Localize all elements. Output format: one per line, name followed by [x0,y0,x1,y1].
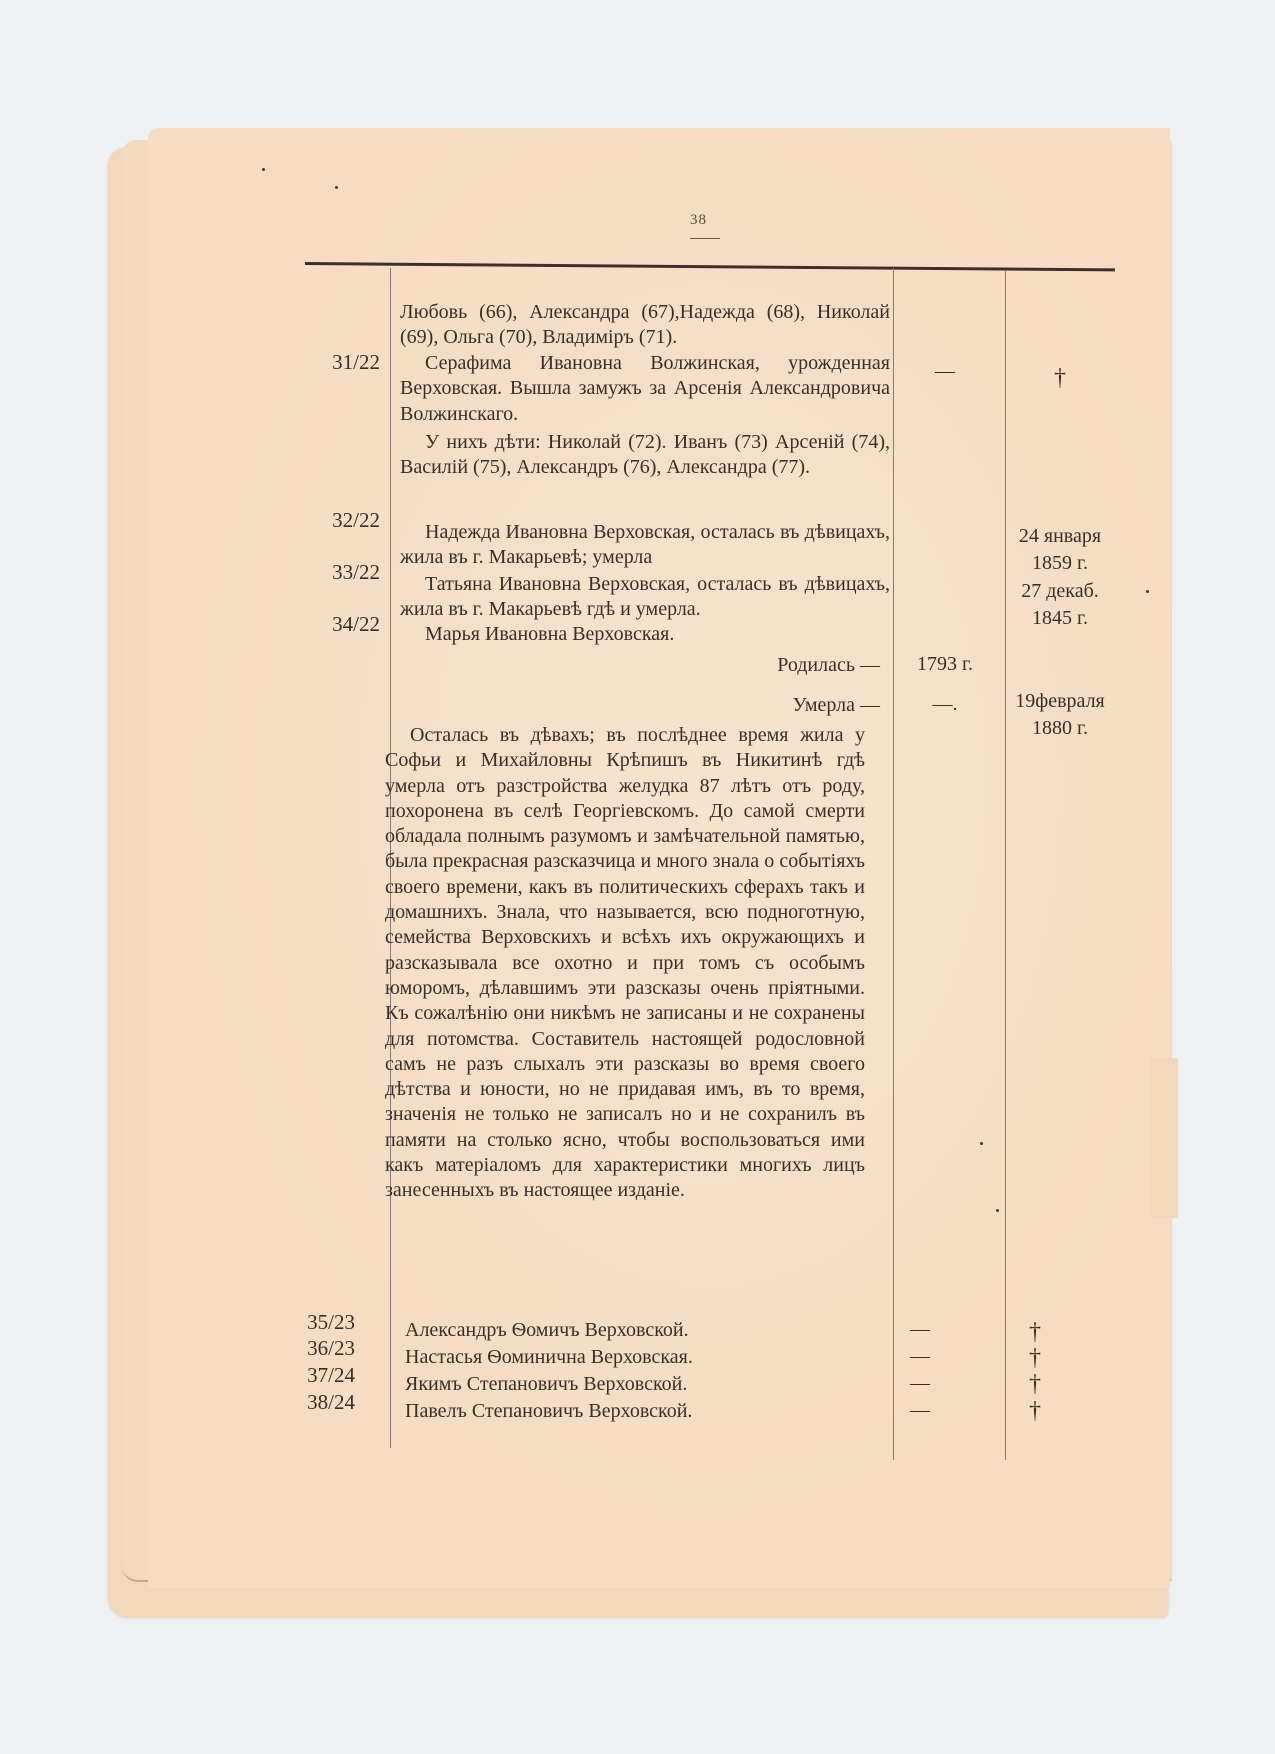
entry-number: 33/22 [280,560,380,585]
birth-value: — [870,1372,970,1395]
entry-name: Марья Ивановна Верховская. [400,622,890,647]
entry-number: 36/23 [255,1336,355,1361]
entry-number: 31/22 [280,350,380,375]
entry-text: Татьяна Ивановна Верховская, осталась въ… [400,572,890,623]
column-divider [1005,270,1006,1460]
entry-number: 37/24 [255,1363,355,1388]
entry-continuation-text: Любовь (66), Александра (67),Надежда (68… [400,300,890,351]
entry-name: Якимъ Степановичъ Верховской. [405,1372,895,1397]
paper-speck [1146,590,1149,593]
died-label: Умерла — [400,693,880,718]
death-date-day: 27 декаб. [1000,578,1120,605]
paper-speck [335,186,338,189]
deceased-cross-icon: † [975,1399,1095,1423]
page-number-rule [690,238,720,239]
entry-biography: Осталась въ дѣвахъ; въ послѣднее время ж… [385,723,865,1204]
birth-value: — [870,1399,970,1422]
entry-number: 38/24 [255,1390,355,1415]
death-date-year: 1880 г. [1000,715,1120,742]
died-mid-value: —. [895,693,995,716]
deceased-cross-icon: † [1000,366,1120,390]
death-date-year: 1859 г. [1000,550,1120,577]
entry-number: 32/22 [280,508,380,533]
entry-number: 35/23 [255,1310,355,1335]
paper-speck [262,168,265,171]
birth-value: — [870,1345,970,1368]
death-date-year: 1845 г. [1000,605,1120,632]
death-date: 19февраля 1880 г. [1000,688,1120,742]
page-edge-tab [1150,1058,1178,1218]
page-number: 38 [690,212,707,229]
death-date: 27 декаб. 1845 г. [1000,578,1120,632]
death-date-day: 24 января [1000,523,1120,550]
entry-text: У нихъ дѣти: Николай (72). Иванъ (73) Ар… [400,430,890,481]
entry-name: Павелъ Степановичъ Верховской. [405,1399,895,1424]
entry-text: Серафима Ивановна Волжинская, урожденная… [400,351,890,427]
death-date-day: 19февраля [1000,688,1120,715]
birth-value: 1793 г. [895,653,995,676]
birth-value: — [870,1318,970,1341]
paper-speck [996,1209,999,1212]
deceased-cross-icon: † [975,1346,1095,1370]
deceased-cross-icon: † [975,1372,1095,1396]
birth-value: — [895,360,995,383]
deceased-cross-icon: † [975,1320,1095,1344]
entry-name: Александръ Ѳомичъ Верховской. [405,1318,895,1343]
born-label: Родилась — [400,653,880,678]
entry-name: Настасья Ѳоминична Верховская. [405,1345,895,1370]
entry-number: 34/22 [280,612,380,637]
paper-speck [980,1142,983,1145]
column-divider [893,268,894,1460]
death-date: 24 января 1859 г. [1000,523,1120,577]
entry-text: Надежда Ивановна Верховская, осталась въ… [400,520,890,571]
